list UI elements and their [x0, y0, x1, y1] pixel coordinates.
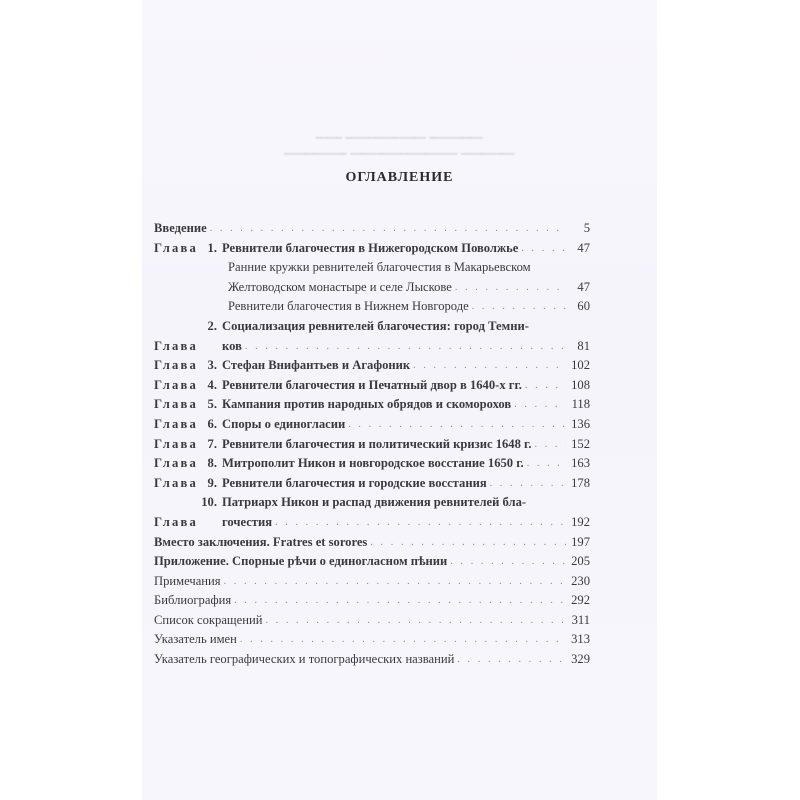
page-number: 81	[577, 338, 590, 354]
toc-entry[interactable]: Глава5. Кампания против народных обрядов…	[154, 396, 588, 412]
entry-label: Библиография	[154, 592, 588, 608]
chapter-prefix: Глава	[154, 396, 197, 412]
toc-entry[interactable]: Глава10. Патриарх Никон и распад движени…	[154, 494, 588, 530]
toc-entry[interactable]: Ревнители благочестия в Нижнем Новгороде…	[228, 298, 588, 314]
dot-leader	[521, 242, 566, 256]
toc-entry[interactable]: Глава1. Ревнители благочестия в Нижегоро…	[154, 240, 588, 256]
toc-entry[interactable]: Ранние кружки ревнителей благочестия в М…	[228, 259, 588, 295]
entry-title: Введение	[154, 220, 207, 236]
entry-title-continuation: гочестия	[222, 514, 588, 530]
entry-label: Вместо заключения. Fratres et sorores	[154, 534, 588, 550]
entry-title-line: ков	[222, 338, 242, 354]
page-number: 102	[571, 357, 590, 373]
toc-entry[interactable]: Глава9. Ревнители благочестия и городски…	[154, 475, 588, 491]
toc-entry[interactable]: Глава7. Ревнители благочестия и политиче…	[154, 436, 588, 452]
chapter-number: 1.	[197, 240, 217, 256]
page-number: 230	[571, 573, 590, 589]
dot-leader	[490, 477, 566, 491]
entry-title: Указатель имен	[154, 631, 237, 647]
table-of-contents: Введение5Глава1. Ревнители благочестия в…	[154, 220, 588, 671]
chapter-number: 6.	[197, 416, 217, 432]
dot-leader	[265, 614, 566, 628]
toc-entry[interactable]: Список сокращений311	[154, 612, 588, 628]
chapter-number: 2.	[197, 318, 217, 334]
page-number: 152	[571, 436, 590, 452]
entry-label: Ревнители благочестия и политический кри…	[222, 436, 588, 452]
dot-leader	[413, 359, 566, 373]
page-number: 311	[572, 612, 590, 628]
dot-leader	[455, 281, 566, 295]
chapter-number: 10.	[197, 494, 217, 510]
entry-label: Список сокращений	[154, 612, 588, 628]
toc-entry[interactable]: Глава3. Стефан Внифантьев и Агафоник102	[154, 357, 588, 373]
entry-title: Ревнители благочестия и политический кри…	[222, 436, 532, 452]
dot-leader	[450, 555, 566, 569]
entry-label: Примечания	[154, 573, 588, 589]
dot-leader	[224, 575, 566, 589]
toc-entry[interactable]: Введение5	[154, 220, 588, 236]
page-number: 197	[571, 534, 590, 550]
entry-label: Митрополит Никон и новгородское восстани…	[222, 455, 588, 471]
dot-leader	[514, 398, 566, 412]
chapter-prefix: Глава	[154, 338, 197, 354]
toc-entry[interactable]: Приложение. Спорные рѣчи о единогласном …	[154, 553, 588, 569]
entry-label: Ревнители благочестия в Нижегородском По…	[222, 240, 588, 256]
page-number: 60	[577, 298, 590, 314]
entry-label: Стефан Внифантьев и Агафоник	[222, 357, 588, 373]
chapter-prefix: Глава	[154, 240, 197, 256]
chapter-prefix: Глава	[154, 416, 197, 432]
entry-label: Ранние кружки ревнителей благочестия в М…	[228, 259, 588, 295]
entry-title-line: гочестия	[222, 514, 272, 530]
toc-entry[interactable]: Глава6. Споры о единогласии136	[154, 416, 588, 432]
dot-leader	[275, 516, 566, 530]
entry-label: Приложение. Спорные рѣчи о единогласном …	[154, 553, 588, 569]
entry-title-line: Желтоводском монастыре и селе Лыскове	[228, 279, 452, 295]
page-number: 313	[571, 631, 590, 647]
entry-title: Ревнители благочестия в Нижнем Новгороде	[228, 298, 469, 314]
entry-title-line: Патриарх Никон и распад движения ревните…	[222, 494, 588, 510]
chapter-number: 8.	[197, 455, 217, 471]
chapter-prefix: Глава	[154, 436, 197, 452]
dot-leader	[525, 379, 566, 393]
chapter-number: 9.	[197, 475, 217, 491]
entry-title-line: Ранние кружки ревнителей благочестия в М…	[228, 259, 588, 275]
entry-title: Споры о единогласии	[222, 416, 345, 432]
dot-leader	[348, 418, 566, 432]
toc-entry[interactable]: Вместо заключения. Fratres et sorores197	[154, 534, 588, 550]
toc-entry[interactable]: Глава4. Ревнители благочестия и Печатный…	[154, 377, 588, 393]
entry-title: Ревнители благочестия и Печатный двор в …	[222, 377, 522, 393]
entry-title-continuation: Желтоводском монастыре и селе Лыскове	[228, 279, 588, 295]
dot-leader	[457, 653, 566, 667]
page-number: 47	[577, 240, 590, 256]
toc-entry[interactable]: Указатель географических и топографическ…	[154, 651, 588, 667]
toc-entry[interactable]: Библиография292	[154, 592, 588, 608]
page-number: 292	[571, 592, 590, 608]
page-number: 205	[571, 553, 590, 569]
entry-title-continuation: ков	[222, 338, 588, 354]
toc-entry[interactable]: Глава2. Социализация ревнителей благочес…	[154, 318, 588, 354]
chapter-number: 3.	[197, 357, 217, 373]
entry-title: Ревнители благочестия и городские восста…	[222, 475, 487, 491]
dot-leader	[370, 536, 566, 550]
book-page: ▁▁▁ ▁▁▁▁▁▁▁▁▁ ▁▁▁▁▁▁ ▁▁▁▁▁▁▁ ▁▁▁▁▁▁▁▁▁▁▁…	[142, 0, 657, 800]
chapter-prefix: Глава	[154, 357, 197, 373]
entry-label: Кампания против народных обрядов и скомо…	[222, 396, 588, 412]
chapter-prefix: Глава	[154, 455, 197, 471]
entry-label: Патриарх Никон и распад движения ревните…	[222, 494, 588, 530]
dot-leader	[472, 300, 566, 314]
page-number: 178	[571, 475, 590, 491]
entry-label: Ревнители благочестия и городские восста…	[222, 475, 588, 491]
page-number: 136	[571, 416, 590, 432]
dot-leader	[234, 594, 566, 608]
entry-title: Стефан Внифантьев и Агафоник	[222, 357, 410, 373]
toc-entry[interactable]: Указатель имен313	[154, 631, 588, 647]
entry-label: Социализация ревнителей благочестия: гор…	[222, 318, 588, 354]
dot-leader	[240, 633, 566, 647]
chapter-prefix: Глава	[154, 514, 197, 530]
entry-title: Указатель географических и топографическ…	[154, 651, 454, 667]
entry-title: Ревнители благочестия в Нижегородском По…	[222, 240, 518, 256]
entry-title: Митрополит Никон и новгородское восстани…	[222, 455, 524, 471]
page-number: 163	[571, 455, 590, 471]
dot-leader	[535, 438, 567, 452]
entry-title: Приложение. Спорные рѣчи о единогласном …	[154, 553, 447, 569]
chapter-number: 5.	[197, 396, 217, 412]
page-number: 118	[572, 396, 590, 412]
bleed-through-text: ▁▁▁▁▁▁▁ ▁▁▁▁▁▁▁▁▁▁▁▁ ▁▁▁▁▁▁	[142, 142, 657, 155]
entry-label: Ревнители благочестия в Нижнем Новгороде	[228, 298, 588, 314]
entry-title: Кампания против народных обрядов и скомо…	[222, 396, 511, 412]
entry-title-line: Социализация ревнителей благочестия: гор…	[222, 318, 588, 334]
dot-leader	[527, 457, 566, 471]
entry-title: Библиография	[154, 592, 231, 608]
toc-title: ОГЛАВЛЕНИЕ	[142, 170, 657, 186]
chapter-number: 4.	[197, 377, 217, 393]
entry-label: Споры о единогласии	[222, 416, 588, 432]
chapter-number: 7.	[197, 436, 217, 452]
page-number: 329	[571, 651, 590, 667]
chapter-prefix: Глава	[154, 377, 197, 393]
page-number: 108	[571, 377, 590, 393]
page-number: 5	[584, 220, 590, 236]
bleed-through-text: ▁▁▁ ▁▁▁▁▁▁▁▁▁ ▁▁▁▁▁▁	[142, 126, 657, 139]
entry-label: Указатель географических и топографическ…	[154, 651, 588, 667]
dot-leader	[210, 222, 566, 236]
entry-title: Список сокращений	[154, 612, 262, 628]
toc-entry[interactable]: Примечания230	[154, 573, 588, 589]
toc-entry[interactable]: Глава8. Митрополит Никон и новгородское …	[154, 455, 588, 471]
page-number: 47	[577, 279, 590, 295]
entry-title: Примечания	[154, 573, 221, 589]
dot-leader	[245, 340, 566, 354]
entry-label: Введение	[154, 220, 588, 236]
page-number: 192	[571, 514, 590, 530]
entry-title: Вместо заключения. Fratres et sorores	[154, 534, 367, 550]
chapter-prefix: Глава	[154, 475, 197, 491]
entry-label: Ревнители благочестия и Печатный двор в …	[222, 377, 588, 393]
entry-label: Указатель имен	[154, 631, 588, 647]
